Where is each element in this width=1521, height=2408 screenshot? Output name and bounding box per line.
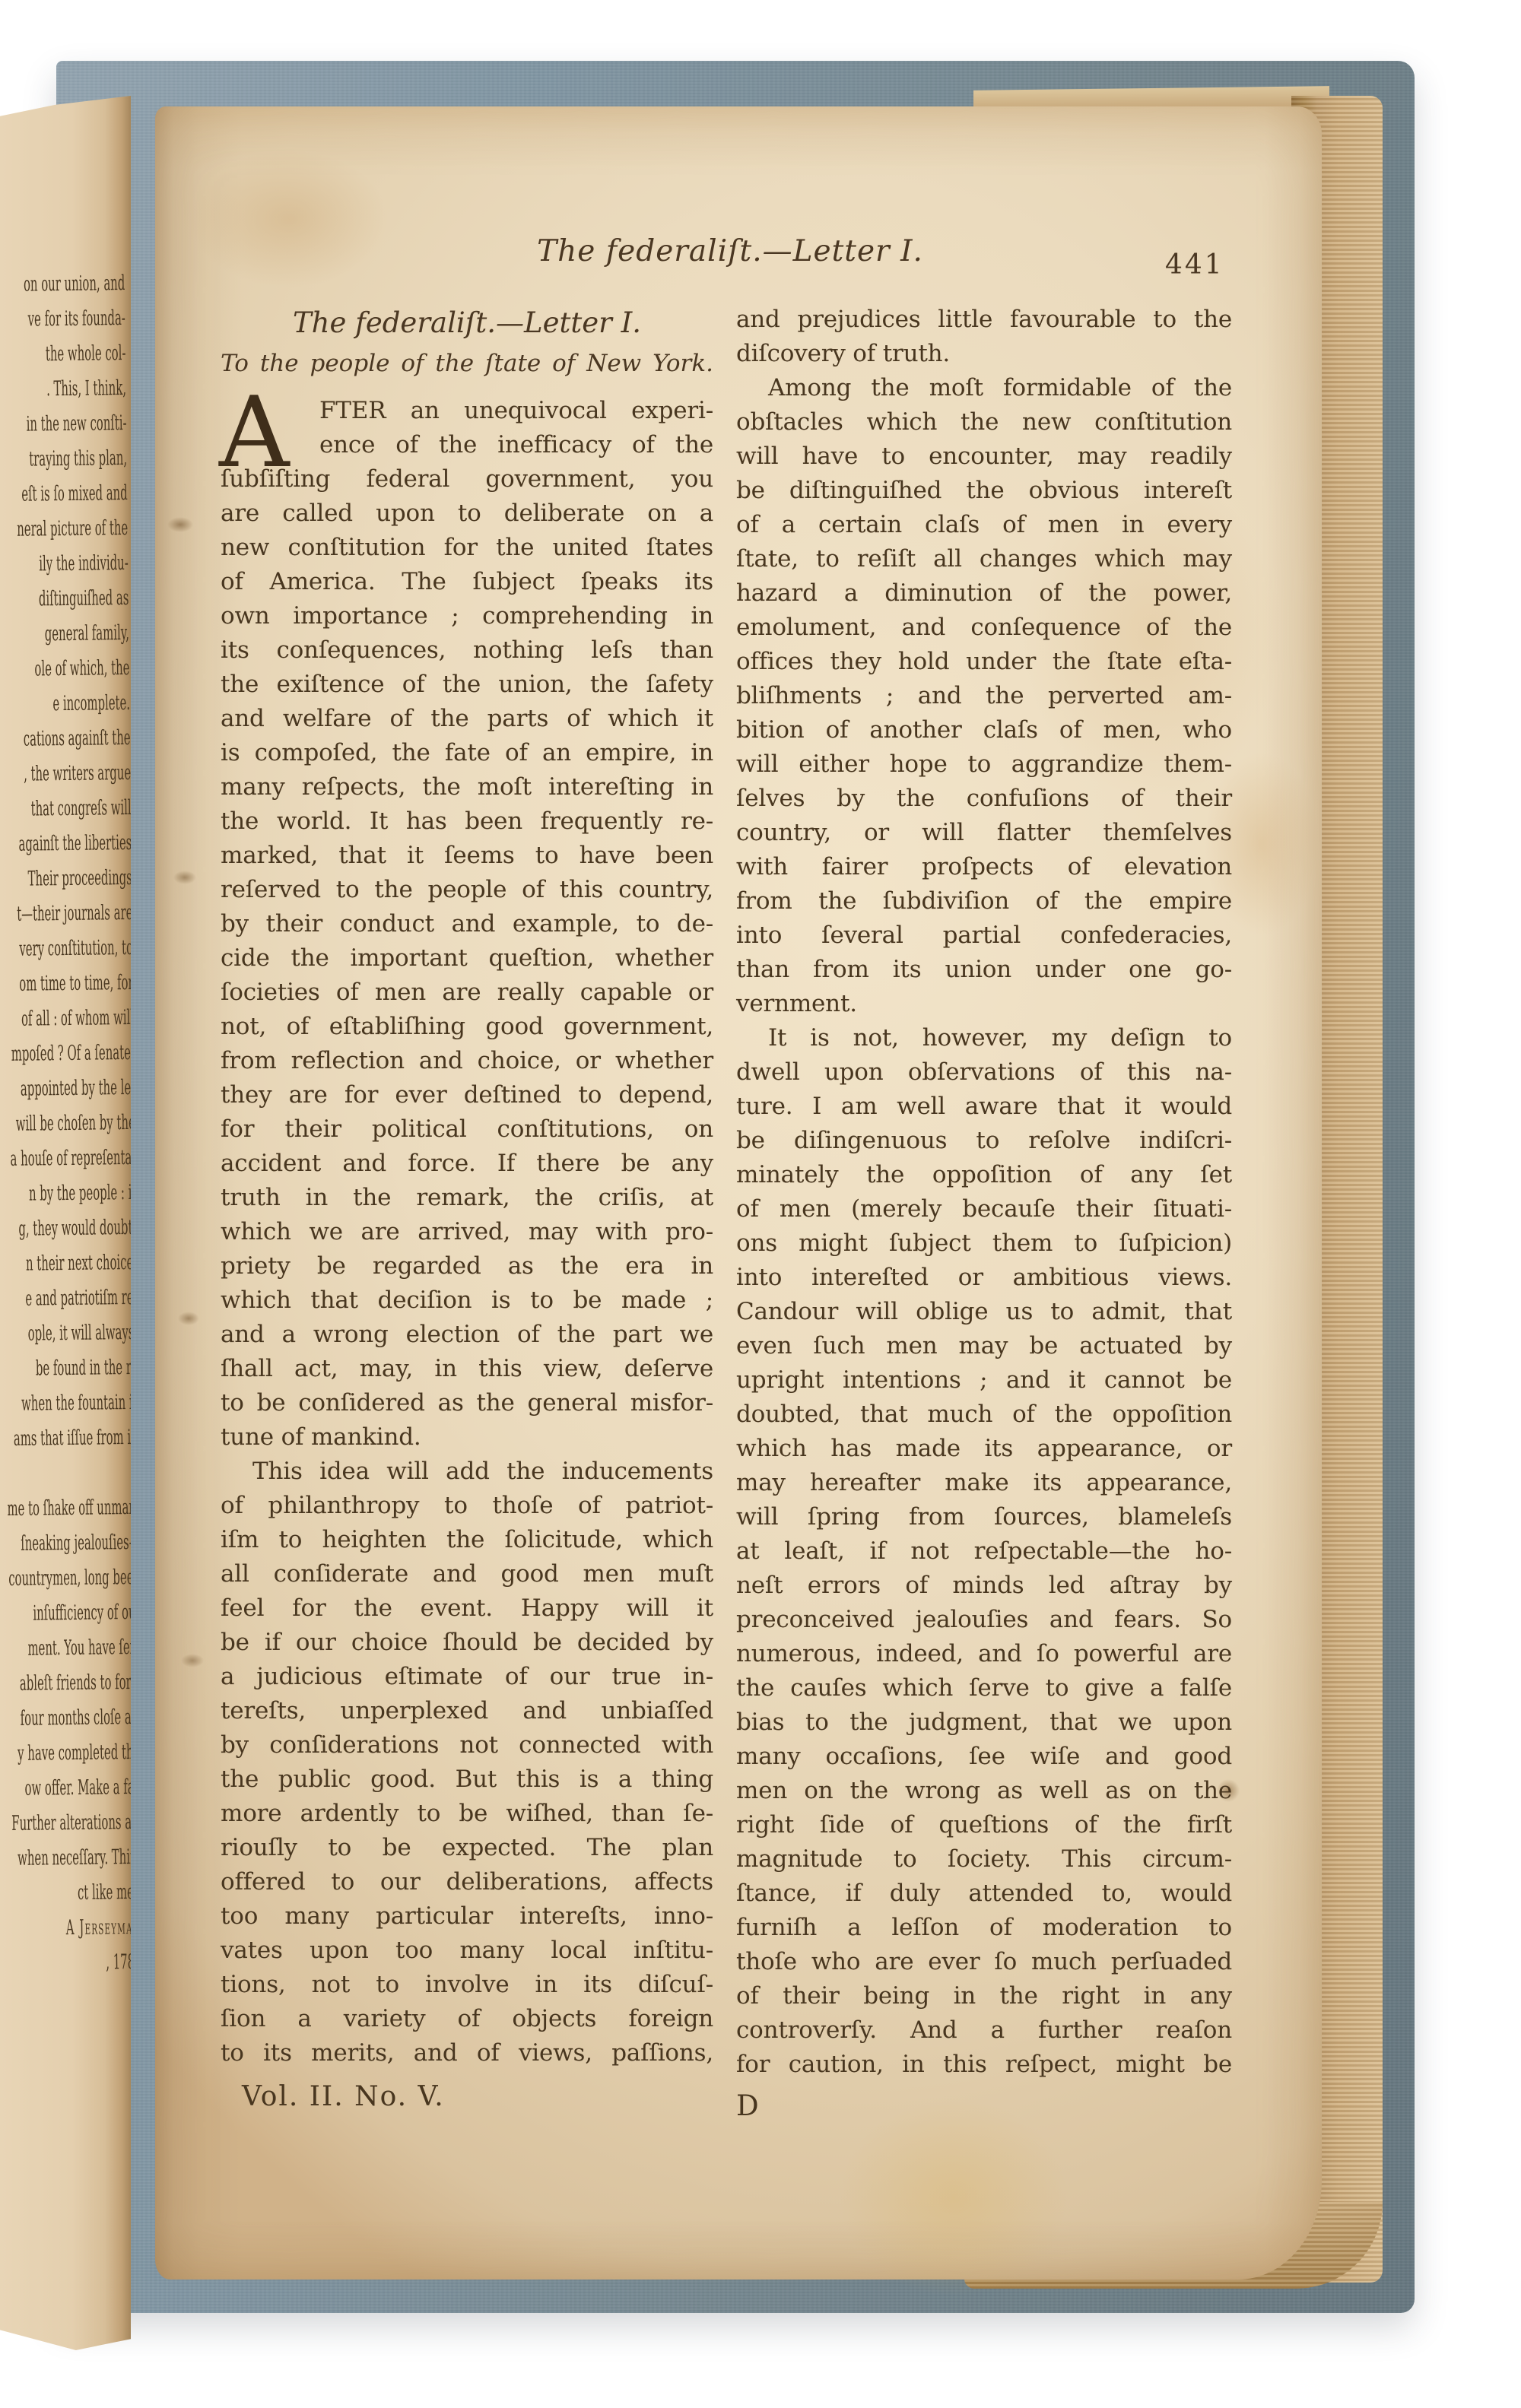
wormhole-mark	[173, 871, 196, 884]
text-line: , the writers argue	[0, 756, 131, 792]
text-line: when the fountain is	[0, 1385, 131, 1422]
wormhole-mark	[178, 1312, 199, 1325]
text-line: y have completed this	[5, 1735, 131, 1772]
text-line: t—their journals are	[0, 896, 131, 932]
text-line: ams that iſſue from it,	[1, 1420, 131, 1457]
text-line: FTER an unequivocal experi-	[221, 394, 713, 428]
text-line: bition of another claſs of men, who	[736, 713, 1232, 747]
text-line: four months cloſe ap-	[5, 1700, 131, 1737]
text-line: doubted, that much of the oppoſition	[736, 1398, 1232, 1432]
text-line: numerous, indeed, and ſo powerful are	[736, 1637, 1232, 1671]
running-head: The federaliſt.—Letter I.	[459, 234, 1001, 268]
text-line: diſtinguiſhed as	[0, 581, 129, 617]
text-line: ſocieties of men are really capable or	[221, 976, 713, 1010]
text-line: furniſh a leſſon of moderation to	[736, 1911, 1232, 1945]
text-line: obſtacles which the new conſtitution	[736, 405, 1232, 439]
text-line: This idea will add the inducements	[221, 1455, 713, 1489]
text-line: be if our choice ſhould be decided by	[221, 1626, 713, 1660]
text-line: country, or will flatter themſelves	[736, 816, 1232, 850]
volume-signature: Vol. II. No. V.	[221, 2081, 713, 2112]
text-line: priety be regarded as the era in	[221, 1249, 713, 1283]
text-line: of America. The ſubject ſpeaks its	[221, 565, 713, 599]
text-line: which we are arrived, may with pro-	[221, 1215, 713, 1249]
book-photograph: on our union, andve for its founda-the w…	[0, 0, 1521, 2408]
text-line: by conſiderations not connected with	[221, 1728, 713, 1762]
text-line: its conſequences, nothing leſs than	[221, 633, 713, 668]
wormhole-mark	[167, 517, 193, 532]
text-line: mpoſed ? Of a ſenate,	[0, 1036, 131, 1072]
text-line: own importance ; comprehending in	[221, 599, 713, 633]
text-line: will have to encounter, may readily	[736, 439, 1232, 474]
wormhole-mark	[181, 1654, 204, 1667]
text-line: all conſiderate and good men muſt	[221, 1557, 713, 1591]
text-line: Further alterations are	[5, 1805, 131, 1842]
text-line: from the ſubdiviſion of the empire	[736, 884, 1232, 918]
text-line: many reſpects, the moſt intereſting in	[221, 770, 713, 804]
text-line: hazard a diminution of the power,	[736, 576, 1232, 611]
text-line: cide the important queſtion, whether	[221, 941, 713, 976]
facing-page-text-fragments: on our union, andve for its founda-the w…	[0, 266, 131, 1981]
text-line: accident and force. If there be any	[221, 1147, 713, 1181]
text-line: ve for its founda-	[0, 301, 125, 338]
text-line: ily the individu-	[0, 546, 129, 582]
text-line: vernment.	[736, 987, 1232, 1021]
text-line: om time to time, for	[0, 966, 131, 1002]
text-line: the public good. But this is a thing	[221, 1762, 713, 1797]
text-line: truth in the remark, the criſis, at	[221, 1181, 713, 1215]
text-line: many occaſions, ſee wiſe and good	[736, 1740, 1232, 1774]
text-line: tereſts, unperplexed and unbiaſſed	[221, 1694, 713, 1728]
text-line: from reflection and choice, or whether	[221, 1044, 713, 1078]
text-line: of their being in the right in any	[736, 1979, 1232, 2013]
text-line: ole of which, the	[0, 651, 130, 687]
text-line: which has made its appearance, or	[736, 1432, 1232, 1466]
text-line: too many particular intereſts, inno-	[221, 1899, 713, 1934]
text-line: ſtance, if duly attended to, would	[736, 1877, 1232, 1911]
text-line: by their conduct and example, to de-	[221, 907, 713, 941]
right-column: and prejudices little favourable to thed…	[736, 303, 1232, 2122]
text-line: the cauſes which ſerve to give a falſe	[736, 1671, 1232, 1705]
text-line: minately the oppoſition of any ſet	[736, 1158, 1232, 1192]
text-line: and a wrong election of the part we	[221, 1318, 713, 1352]
text-line: be diſingenuous to reſolve indiſcri-	[736, 1124, 1232, 1158]
text-line: of men (merely becauſe their ſituati-	[736, 1192, 1232, 1226]
text-line: preconceived jealouſies and fears. So	[736, 1603, 1232, 1637]
text-line: ct like men.	[6, 1875, 131, 1911]
text-line: feel for the event. Happy will it	[221, 1591, 713, 1626]
text-line: and prejudices little favourable to the	[736, 303, 1232, 337]
left-column-body: A FTER an unequivocal experi-ence of the…	[221, 394, 713, 2112]
drop-cap-initial: A	[219, 394, 289, 473]
text-line: into intereſted or ambitious views.	[736, 1261, 1232, 1295]
text-line: countrymen, long been	[2, 1560, 131, 1597]
text-line: n their next choice.	[0, 1245, 131, 1282]
text-line: ons might ſubject them to ſuſpicion)	[736, 1226, 1232, 1261]
text-line: e incomplete.	[0, 686, 130, 722]
text-line: and welfare of the parts of which it	[221, 702, 713, 736]
text-line: ſubſiſting federal government, you	[221, 462, 713, 497]
text-line: me to ſhake off unman-	[2, 1490, 131, 1527]
text-line: a judicious eſtimate of our true in-	[221, 1660, 713, 1694]
text-line: , 1787.	[7, 1945, 131, 1981]
text-line: offices they hold under the ſtate eſta-	[736, 645, 1232, 679]
text-line: It is not, however, my deſign to	[736, 1021, 1232, 1055]
text-line: neral picture of the	[0, 511, 128, 547]
text-line: even ſuch men may be actuated by	[736, 1329, 1232, 1363]
text-line: emolument, and conſequence of the	[736, 611, 1232, 645]
text-line: into ſeveral partial confederacies,	[736, 918, 1232, 953]
text-line: cations againſt the	[0, 721, 131, 757]
text-line: not, of eſtabliſhing good government,	[221, 1010, 713, 1044]
text-line: Candour will oblige us to admit, that	[736, 1295, 1232, 1329]
text-line: diſcovery of truth.	[736, 337, 1232, 371]
text-line: bias to the judgment, that we upon	[736, 1705, 1232, 1740]
article-dedication: To the people of the ſtate of New York.	[221, 344, 713, 383]
text-line: very conſtitution, to	[0, 931, 131, 967]
text-line: is compoſed, the fate of an empire, in	[221, 736, 713, 770]
article-title: The federaliſt.—Letter I.	[221, 303, 713, 344]
text-line: at leaſt, if not reſpectable—the ho-	[736, 1534, 1232, 1569]
text-line: vates upon too many local inſtitu-	[221, 1934, 713, 1968]
text-line: ment. You have ſent	[3, 1630, 131, 1667]
recto-page: The federaliſt.—Letter I. 441 The federa…	[155, 106, 1322, 2280]
text-line: inſufficiency of our	[3, 1595, 131, 1632]
text-line: they are for ever deſtined to depend,	[221, 1078, 713, 1112]
text-line: are called upon to deliberate on a	[221, 497, 713, 531]
text-line: ſion a variety of objects foreign	[221, 2002, 713, 2036]
text-line: offered to our deliberations, affects	[221, 1865, 713, 1899]
text-line: traying this plan,	[0, 441, 127, 477]
text-line: a houſe of repreſenta-	[0, 1141, 131, 1177]
text-line: on our union, and	[0, 266, 125, 303]
text-line: iſm to heighten the ſolicitude, which	[221, 1523, 713, 1557]
text-line: for caution, in this reſpect, might be	[736, 2048, 1232, 2082]
text-line: appointed by the le-	[0, 1071, 131, 1107]
text-line: reſerved to the people of this country,	[221, 873, 713, 907]
text-line: of all : of whom will	[0, 1001, 131, 1037]
text-line: ence of the inefficacy of the	[221, 428, 713, 462]
text-line: to be conſidered as the general misfor-	[221, 1386, 713, 1420]
text-line: be found in the re	[0, 1350, 131, 1387]
text-line: when neceſſary. Think	[6, 1840, 131, 1877]
text-line: will ſpring from ſources, blameleſs	[736, 1500, 1232, 1534]
text-line: may hereafter make its appearance,	[736, 1466, 1232, 1500]
text-line: general family,	[0, 616, 129, 652]
text-line: n by the people : if	[0, 1175, 131, 1212]
paper-stain	[840, 2099, 1068, 2296]
text-line: new conſtitution for the united ſtates	[221, 531, 713, 565]
text-line: magnitude to ſociety. This circum-	[736, 1842, 1232, 1877]
text-line: the world. It has been frequently re-	[221, 804, 713, 839]
text-line: ture. I am well aware that it would	[736, 1090, 1232, 1124]
left-column: The federaliſt.—Letter I. To the people …	[221, 303, 713, 2112]
text-line: neſt errors of minds led aſtray by	[736, 1569, 1232, 1603]
text-line: men on the wrong as well as on the	[736, 1774, 1232, 1808]
text-line: bliſhments ; and the perverted am-	[736, 679, 1232, 713]
text-line: more ardently to be wiſhed, than ſe-	[221, 1797, 713, 1831]
text-line: for their political conſtitutions, on	[221, 1112, 713, 1147]
text-line: thoſe who are ever ſo much perſuaded	[736, 1945, 1232, 1979]
text-line: ow offer. Make a fair	[5, 1770, 131, 1807]
text-line: Among the moſt formidable of the	[736, 371, 1232, 405]
text-line: right ſide of queſtions of the firſt	[736, 1808, 1232, 1842]
text-line: with fairer proſpects of elevation	[736, 850, 1232, 884]
text-line: in the new conſti-	[0, 406, 127, 443]
text-line: the whole col-	[0, 336, 126, 373]
text-line: againſt the liberties	[0, 826, 131, 862]
text-line: marked, that it ſeems to have been	[221, 839, 713, 873]
text-line: will either hope to aggrandize them-	[736, 747, 1232, 782]
text-line: ople, it will always,	[0, 1315, 131, 1352]
text-line: . This, I think,	[0, 371, 126, 408]
text-line: ſtate, to reſiſt all changes which may	[736, 542, 1232, 576]
text-line: of a certain claſs of men in every	[736, 508, 1232, 542]
text-line: upright intentions ; and it cannot be	[736, 1363, 1232, 1398]
text-line: ableſt friends to form	[4, 1665, 131, 1702]
text-line: of philanthropy to thoſe of patriot-	[221, 1489, 713, 1523]
left-column-lines: FTER an unequivocal experi-ence of the i…	[221, 394, 713, 2070]
text-line: ſneaking jealouſies—	[2, 1525, 131, 1562]
text-line: tune of mankind.	[221, 1420, 713, 1455]
text-line: eſt is ſo mixed and	[0, 476, 128, 512]
text-line: riouſly to be expected. The plan	[221, 1831, 713, 1865]
page-number: 441	[1165, 249, 1249, 281]
text-line: dwell upon obſervations of this na-	[736, 1055, 1232, 1090]
text-line: tions, not to involve in its diſcuſ-	[221, 1968, 713, 2002]
text-line: which that deciſion is to be made ;	[221, 1283, 713, 1318]
text-line: will be choſen by the	[0, 1106, 131, 1142]
text-line: g, they would doubt-	[0, 1210, 131, 1247]
text-line: Their proceedings	[0, 861, 131, 897]
paper-stain	[190, 151, 388, 287]
right-column-body: and prejudices little favourable to thed…	[736, 303, 1232, 2122]
text-line: controverſy. And a further reaſon	[736, 2013, 1232, 2048]
text-line: e and patriotiſm re-	[0, 1280, 131, 1317]
text-line: ſhall act, may, in this view, deſerve	[221, 1352, 713, 1386]
facing-page-sliver: on our union, andve for its founda-the w…	[0, 96, 131, 2352]
catchword: D	[736, 2089, 1232, 2122]
text-line: than from its union under one go-	[736, 953, 1232, 987]
text-line: that congreſs will	[0, 791, 131, 827]
text-line: to its merits, and of views, paſſions,	[221, 2036, 713, 2070]
text-line: the exiſtence of the union, the ſafety	[221, 668, 713, 702]
text-line: A Jerseyman.	[7, 1910, 131, 1946]
right-column-lines: and prejudices little favourable to thed…	[736, 303, 1232, 2082]
text-line: be diſtinguiſhed the obvious intereſt	[736, 474, 1232, 508]
text-line: ſelves by the confuſions of their	[736, 782, 1232, 816]
